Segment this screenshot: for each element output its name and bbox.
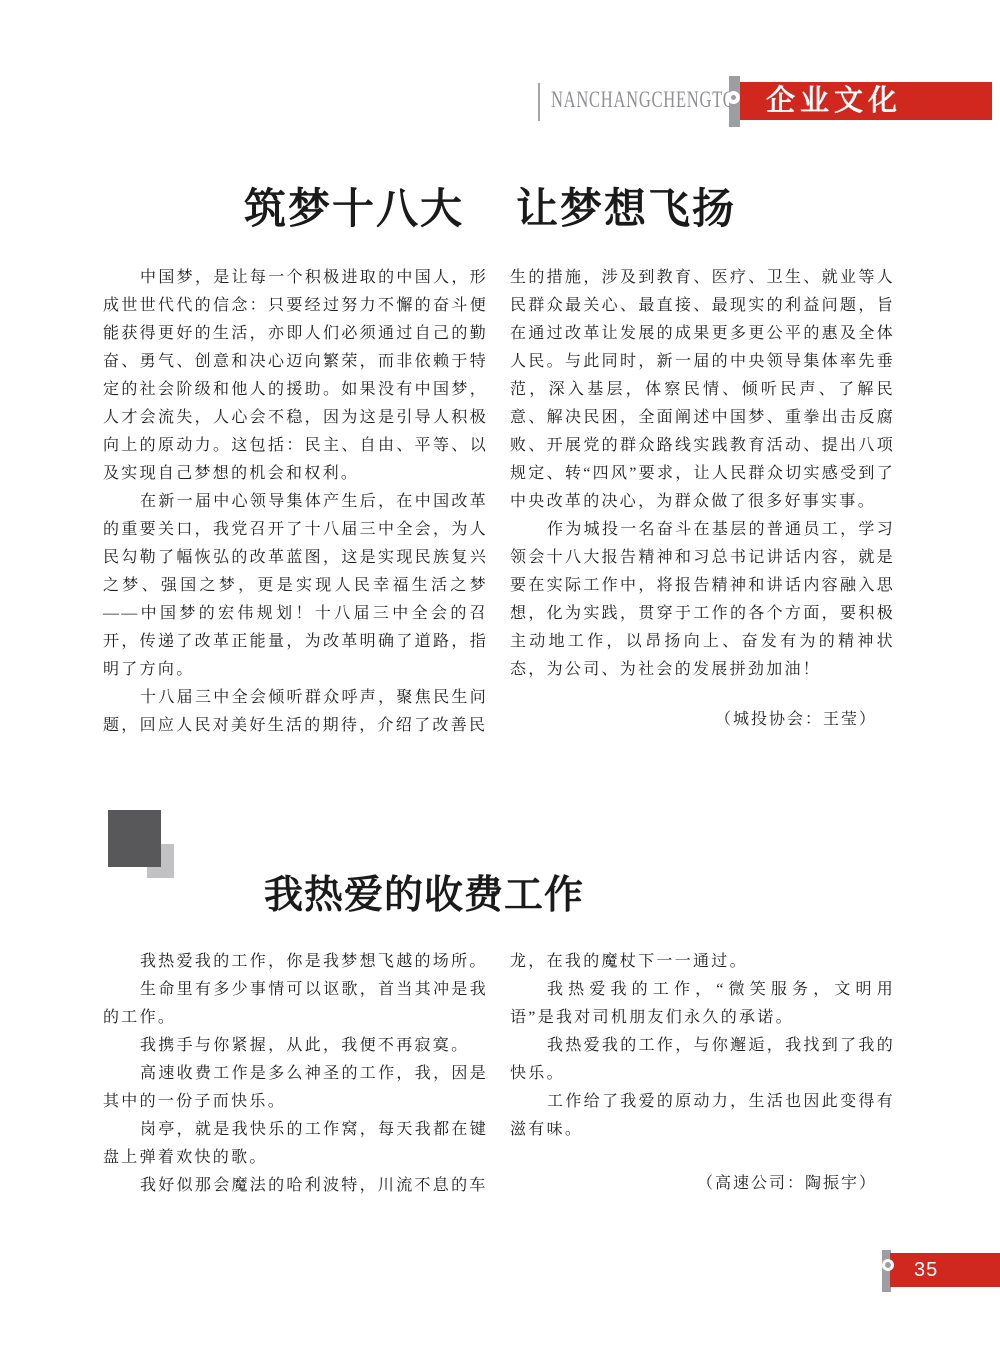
paragraph: 生命里有多少事情可以讴歌，首当其冲是我的工作。 [103, 976, 488, 1032]
paragraph: 我热爱我的工作，你是我梦想飞越的场所。 [103, 948, 488, 976]
paragraph: 我好似那会魔法的哈利波特，川流不息的车 [103, 1172, 488, 1200]
paragraph: 高速收费工作是多么神圣的工作，我，因是其中的一份子而快乐。 [103, 1060, 488, 1116]
paragraph: 在新一届中心领导集体产生后，在中国改革的重要关口，我党召开了十八届三中全会，为人… [103, 488, 488, 684]
paragraph: 岗亭，就是我快乐的工作窝，每天我都在键盘上弹着欢快的歌。 [103, 1116, 488, 1172]
paragraph: 我热爱我的工作，与你邂逅，我找到了我的快乐。 [510, 1032, 895, 1088]
page-number: 35 [914, 1259, 938, 1282]
paragraph-continuation: 生的措施，涉及到教育、医疗、卫生、就业等人民群众最关心、最直接、最现实的利益问题… [510, 264, 895, 516]
article2-column-left: 我热爱我的工作，你是我梦想飞越的场所。 生命里有多少事情可以讴歌，首当其冲是我的… [103, 948, 488, 1200]
decoration-square-dark [108, 810, 161, 867]
article2-byline: （高速公司：陶振宇） [510, 1170, 895, 1198]
article2-body: 我热爱我的工作，你是我梦想飞越的场所。 生命里有多少事情可以讴歌，首当其冲是我的… [103, 948, 895, 1200]
article1-column-left: 中国梦，是让每一个积极进取的中国人，形成世世代代的信念：只要经过努力不懈的奋斗便… [103, 264, 488, 740]
paragraph: 我热爱我的工作，“微笑服务，文明用语”是我对司机朋友们永久的承诺。 [510, 976, 895, 1032]
magazine-page: NANCHANGCHENGTOU 企业文化 筑梦十八大让梦想飞扬 中国梦，是让每… [0, 0, 1000, 1366]
article1-byline: （城投协会：王莹） [510, 706, 895, 734]
article2-title: 我热爱的收费工作 [0, 864, 848, 920]
article1-column-right: 生的措施，涉及到教育、医疗、卫生、就业等人民群众最关心、最直接、最现实的利益问题… [510, 264, 895, 740]
paragraph: 中国梦，是让每一个积极进取的中国人，形成世世代代的信念：只要经过努力不懈的奋斗便… [103, 264, 488, 488]
header-divider-line [538, 83, 540, 121]
article1-title-part2: 让梦想飞扬 [516, 187, 736, 233]
article1-title: 筑梦十八大让梦想飞扬 [0, 176, 980, 236]
article1-body: 中国梦，是让每一个积极进取的中国人，形成世世代代的信念：只要经过努力不懈的奋斗便… [103, 264, 895, 740]
section-banner: 企业文化 [740, 82, 992, 120]
article2-column-right: 龙，在我的魔杖下一一通过。 我热爱我的工作，“微笑服务，文明用语”是我对司机朋友… [510, 948, 895, 1200]
banner-bullet-icon [727, 91, 740, 104]
paragraph-continuation: 龙，在我的魔杖下一一通过。 [510, 948, 895, 976]
paragraph: 十八届三中全会倾听群众呼声，聚焦民生问题，回应人民对美好生活的期待，介绍了改善民 [103, 684, 488, 740]
section-title: 企业文化 [766, 87, 902, 116]
paragraph: 工作给了我爱的原动力，生活也因此变得有滋有味。 [510, 1088, 895, 1144]
footer-bullet-icon [882, 1259, 894, 1271]
paragraph: 作为城投一名奋斗在基层的普通员工，学习领会十八大报告精神和习总书记讲话内容，就是… [510, 516, 895, 684]
paragraph: 我携手与你紧握，从此，我便不再寂寞。 [103, 1032, 488, 1060]
page-number-banner: 35 [890, 1253, 1000, 1287]
article1-title-part1: 筑梦十八大 [244, 187, 464, 233]
magazine-brand: NANCHANGCHENGTOU [551, 87, 748, 113]
